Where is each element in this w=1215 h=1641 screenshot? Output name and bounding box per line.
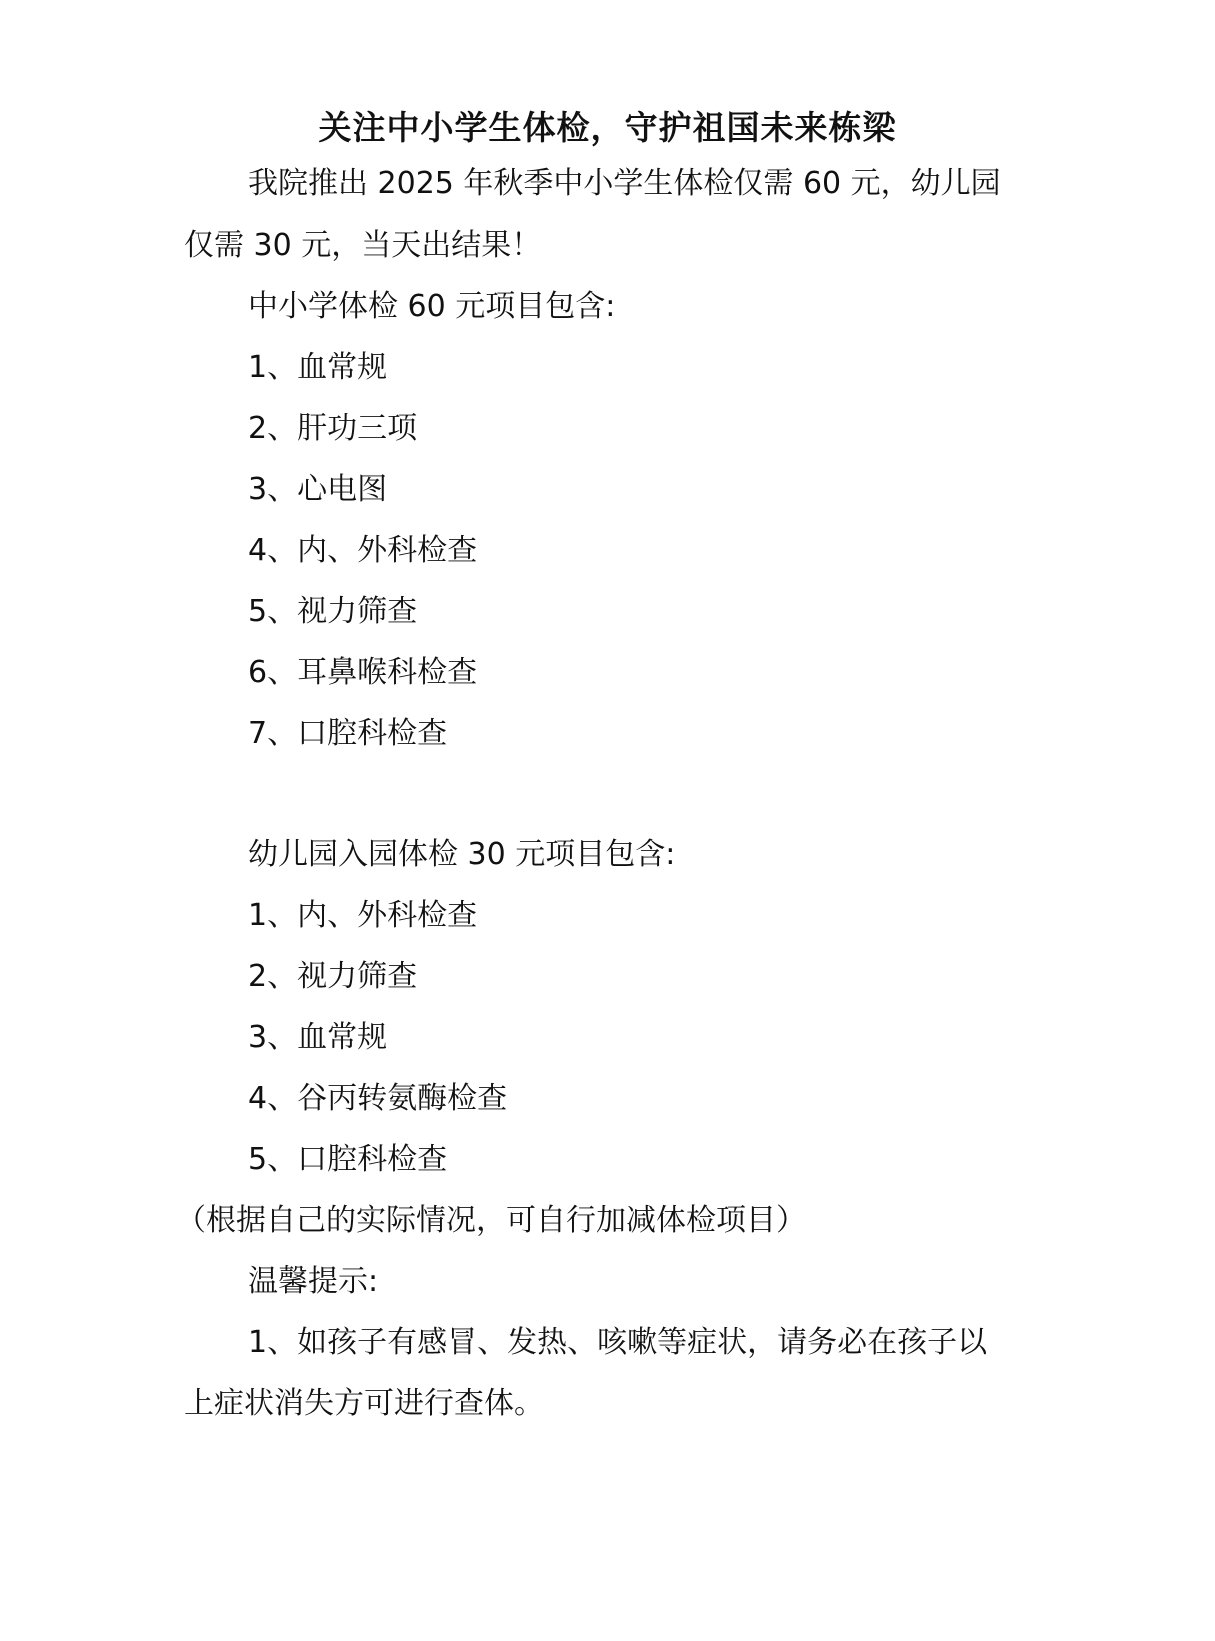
primary-item-3: 3、心电图	[248, 468, 387, 512]
kindergarten-item-2: 2、视力筛查	[248, 955, 417, 999]
adjustment-note: （根据自己的实际情况，可自行加减体检项目）	[176, 1199, 806, 1243]
primary-item-1: 1、血常规	[248, 346, 387, 390]
primary-item-6: 6、耳鼻喉科检查	[248, 651, 477, 695]
intro-line-1: 我院推出 2025 年秋季中小学生体检仅需 60 元，幼儿园	[248, 162, 1001, 206]
tip-1-line-1: 1、如孩子有感冒、发热、咳嗽等症状，请务必在孩子以	[248, 1321, 987, 1365]
primary-section-heading: 中小学体检 60 元项目包含:	[248, 285, 615, 329]
intro-line-2: 仅需 30 元，当天出结果！	[184, 224, 541, 268]
primary-item-4: 4、内、外科检查	[248, 529, 477, 573]
kindergarten-section-heading: 幼儿园入园体检 30 元项目包含:	[248, 833, 675, 877]
document-title: 关注中小学生体检，守护祖国未来栋梁	[0, 104, 1215, 152]
kindergarten-item-5: 5、口腔科检查	[248, 1138, 447, 1182]
kindergarten-item-1: 1、内、外科检查	[248, 894, 477, 938]
document-page: 关注中小学生体检，守护祖国未来栋梁 我院推出 2025 年秋季中小学生体检仅需 …	[0, 0, 1215, 1641]
tip-1-line-2: 上症状消失方可进行查体。	[184, 1382, 544, 1426]
tips-heading: 温馨提示:	[248, 1260, 378, 1304]
kindergarten-item-3: 3、血常规	[248, 1016, 387, 1060]
kindergarten-item-4: 4、谷丙转氨酶检查	[248, 1077, 507, 1121]
primary-item-2: 2、肝功三项	[248, 407, 417, 451]
primary-item-5: 5、视力筛查	[248, 590, 417, 634]
primary-item-7: 7、口腔科检查	[248, 712, 447, 756]
